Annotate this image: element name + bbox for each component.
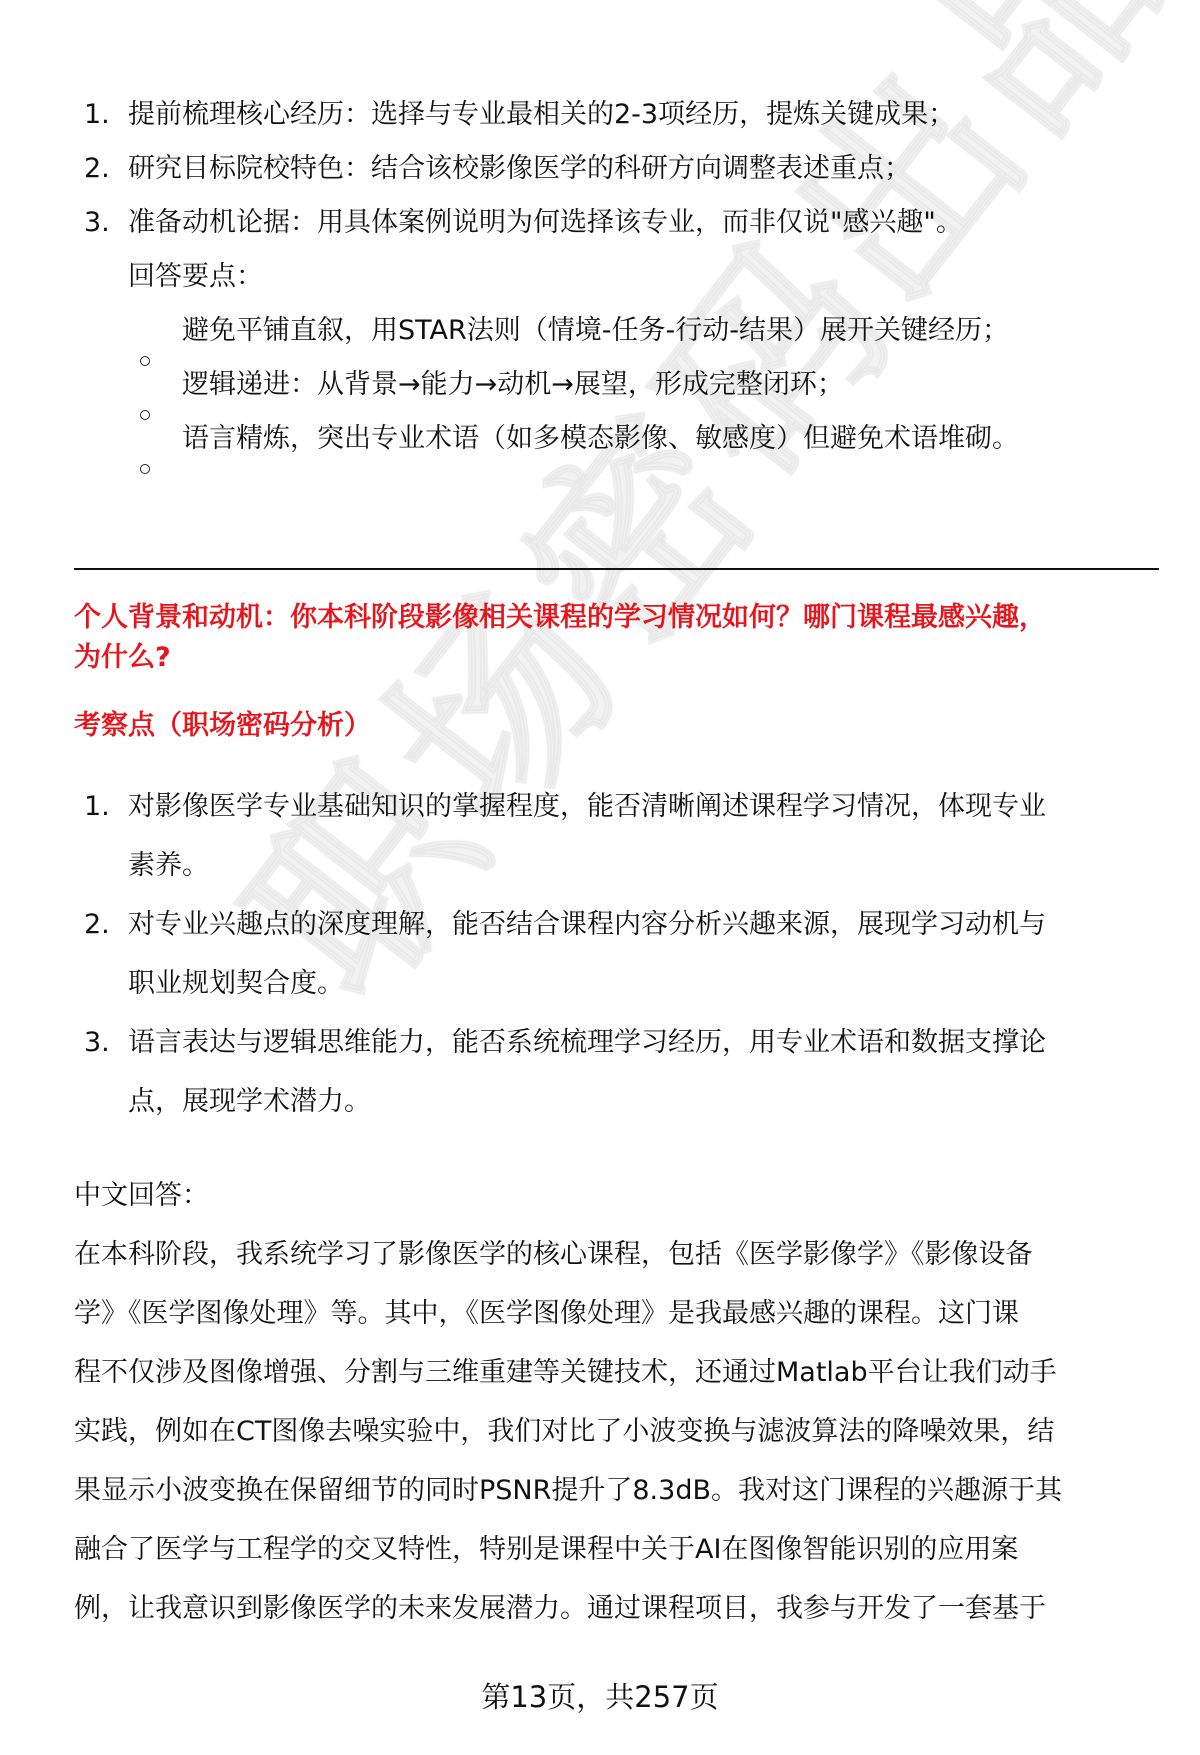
prep-list-item: 2.研究目标院校特色：结合该校影像医学的科研方向调整表述重点； <box>74 149 911 189</box>
page-number: 第13页，共257页 <box>0 1677 1200 1717</box>
list-text: 语言表达与逻辑思维能力，能否系统梳理学习经历，用专业术语和数据支撑论 <box>128 1027 1046 1058</box>
hollow-bullet-icon <box>140 356 150 366</box>
exam-point-continuation: 职业规划契合度。 <box>128 964 344 1004</box>
prep-list-item: 1.提前梳理核心经历：选择与专业最相关的2-3项经历，提炼关键成果； <box>74 95 955 135</box>
list-number: 2. <box>74 149 128 189</box>
answer-points-label: 回答要点： <box>128 257 263 297</box>
answer-point-item: 避免平铺直叙，用STAR法则（情境-任务-行动-结果）展开关键经历； <box>182 311 1009 351</box>
answer-paragraph-line: 果显示小波变换在保留细节的同时PSNR提升了8.3dB。我对这门课程的兴趣源于其 <box>74 1471 1062 1511</box>
list-text: 对专业兴趣点的深度理解，能否结合课程内容分析兴趣来源，展现学习动机与 <box>128 909 1046 940</box>
answer-point-item: 语言精炼，突出专业术语（如多模态影像、敏感度）但避免术语堆砌。 <box>182 419 1019 459</box>
list-text: 对影像医学专业基础知识的掌握程度，能否清晰阐述课程学习情况，体现专业 <box>128 791 1046 822</box>
answer-paragraph-line: 实践，例如在CT图像去噪实验中，我们对比了小波变换与滤波算法的降噪效果，结 <box>74 1412 1054 1452</box>
exam-point-continuation: 素养。 <box>128 846 209 886</box>
answer-paragraph-line: 学》《医学图像处理》等。其中，《医学图像处理》是我最感兴趣的课程。这门课 <box>74 1294 1019 1334</box>
list-number: 1. <box>74 787 128 827</box>
question-heading-line1: 个人背景和动机：你本科阶段影像相关课程的学习情况如何？哪门课程最感兴趣， <box>74 598 1046 638</box>
hollow-bullet-icon <box>140 410 150 420</box>
exam-point-item: 2.对专业兴趣点的深度理解，能否结合课程内容分析兴趣来源，展现学习动机与 <box>74 905 1046 945</box>
exam-point-item: 3.语言表达与逻辑思维能力，能否系统梳理学习经历，用专业术语和数据支撑论 <box>74 1023 1046 1063</box>
answer-paragraph-line: 融合了医学与工程学的交叉特性，特别是课程中关于AI在图像智能识别的应用案 <box>74 1530 1018 1570</box>
answer-paragraph-line: 程不仅涉及图像增强、分割与三维重建等关键技术，还通过Matlab平台让我们动手 <box>74 1353 1057 1393</box>
prep-list-item: 3.准备动机论据：用具体案例说明为何选择该专业，而非仅说"感兴趣"。 <box>74 203 963 243</box>
exam-point-continuation: 点，展现学术潜力。 <box>128 1082 371 1122</box>
section-divider <box>74 568 1159 570</box>
list-number: 3. <box>74 1023 128 1063</box>
list-number: 1. <box>74 95 128 135</box>
answer-paragraph-line: 在本科阶段，我系统学习了影像医学的核心课程，包括《医学影像学》《影像设备 <box>74 1235 1033 1275</box>
question-heading-line2: 为什么? <box>74 638 171 678</box>
list-number: 2. <box>74 905 128 945</box>
list-text: 研究目标院校特色：结合该校影像医学的科研方向调整表述重点； <box>128 153 911 184</box>
list-text: 提前梳理核心经历：选择与专业最相关的2-3项经历，提炼关键成果； <box>128 99 955 130</box>
list-number: 3. <box>74 203 128 243</box>
list-text: 准备动机论据：用具体案例说明为何选择该专业，而非仅说"感兴趣"。 <box>128 207 963 238</box>
answer-point-item: 逻辑递进：从背景→能力→动机→展望，形成完整闭环； <box>182 365 844 405</box>
answer-paragraph-line: 例，让我意识到影像医学的未来发展潜力。通过课程项目，我参与开发了一套基于 <box>74 1589 1046 1629</box>
hollow-bullet-icon <box>140 464 150 474</box>
exam-points-heading: 考察点（职场密码分析） <box>74 706 371 746</box>
document-page: 职场密码出品 1.提前梳理核心经历：选择与专业最相关的2-3项经历，提炼关键成果… <box>0 0 1200 1755</box>
exam-point-item: 1.对影像医学专业基础知识的掌握程度，能否清晰阐述课程学习情况，体现专业 <box>74 787 1046 827</box>
chinese-answer-label: 中文回答： <box>74 1176 209 1216</box>
